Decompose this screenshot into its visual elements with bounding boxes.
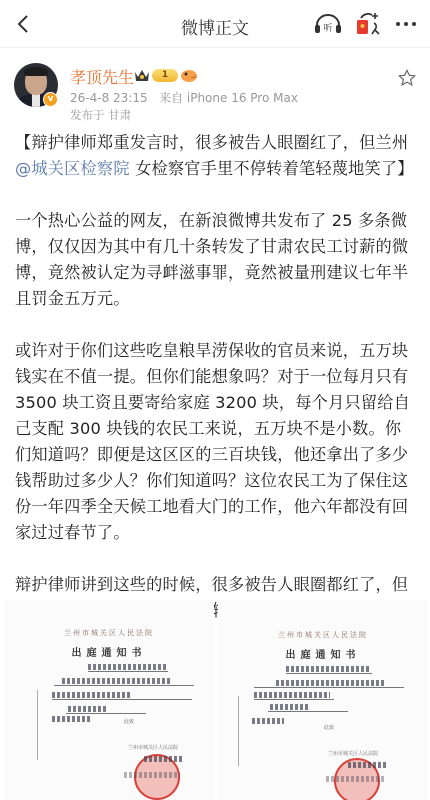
listen-headphones-icon[interactable]: 听 [313,13,343,35]
post-body: 【辩护律师郑重发言时，很多被告人眼圈红了，但兰州 @城关区检察院 女检察官手里不… [15,130,415,676]
crown-icon [134,68,150,82]
post-paragraph: 一个热心公益的网友，在新浪微博共发布了 25 多条微博，仅仅因为其中有几十条转发… [15,208,415,312]
mention-link[interactable]: @城关区检察院 [15,159,130,178]
author-name[interactable]: 孝顶先生 [70,65,134,88]
post-images: 兰州市城关区人民法院 出庭通知书 此致 兰州市城关区人民法院 兰州市城关区人民法… [0,600,430,800]
favorite-star-icon[interactable] [398,69,416,87]
post-timestamp: 26-4-8 23:15 [70,91,148,105]
user-badges: 1 [134,66,198,84]
svg-text:听: 听 [323,22,332,34]
post-image-court-notice-1[interactable]: 兰州市城关区人民法院 出庭通知书 此致 兰州市城关区人民法院 [4,600,214,800]
more-dots-icon[interactable] [393,13,419,35]
verified-badge: v [43,92,58,107]
post-location: 发布于 甘肃 [70,107,131,123]
red-packet-icon[interactable] [355,11,381,37]
post-meta: 26-4-8 23:15 来自 iPhone 16 Pro Max [70,89,298,106]
post-source: 来自 iPhone 16 Pro Max [159,91,298,105]
post-image-court-notice-2[interactable]: 兰州市城关区人民法院 出庭通知书 此致 兰州市城关区人民法院 [218,600,428,800]
author-header: v 孝顶先生 1 26-4-8 23:15 来自 iPhone 16 Pro M… [0,63,430,123]
post-headline: 【辩护律师郑重发言时，很多被告人眼圈红了，但兰州 @城关区检察院 女检察官手里不… [15,130,415,182]
post-paragraph: 或许对于你们这些吃皇粮旱涝保收的官员来说，五万块钱实在不值一提。但你们能想象吗？… [15,338,415,546]
fan-badge-icon [180,68,198,83]
top-navbar: 微博正文 听 [0,0,430,48]
level-badge: 1 [152,69,178,82]
